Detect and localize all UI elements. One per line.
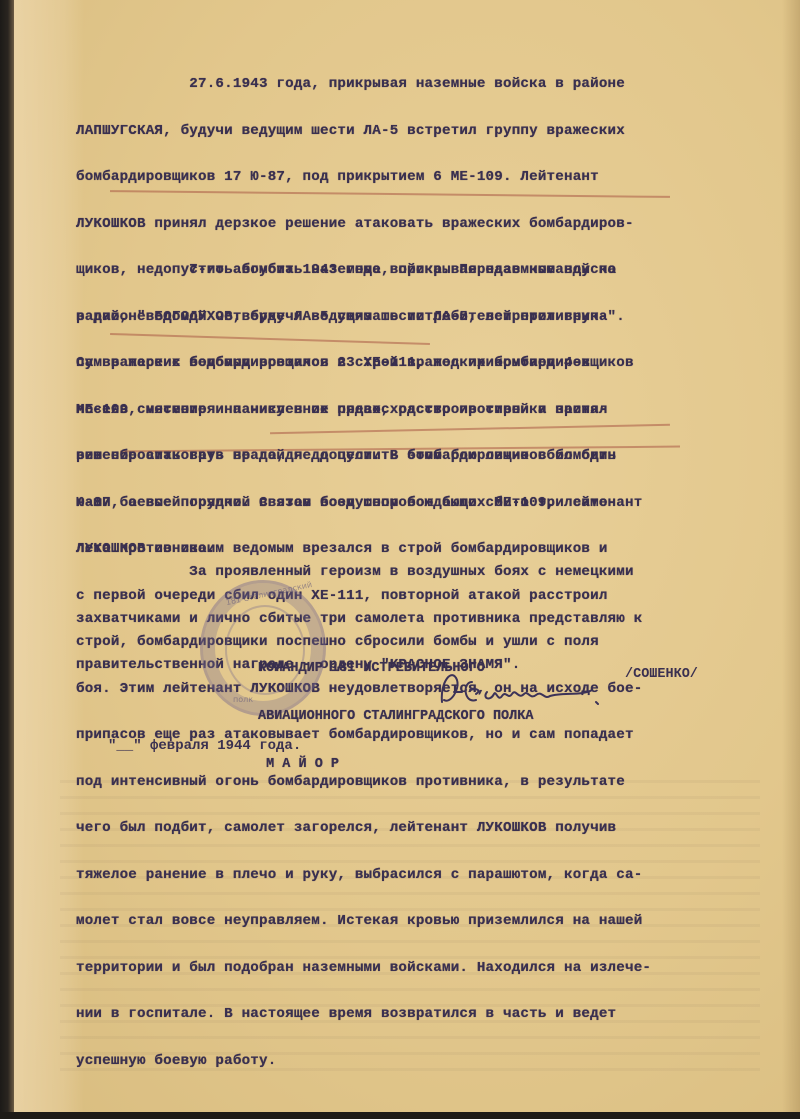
scan-left-edge — [0, 0, 14, 1119]
signatory-surname: /СОШЕНКО/ — [625, 667, 698, 682]
text-line: 27.6.1943 года, прикрывая наземные войск… — [76, 77, 766, 93]
text-line: успешную боевую работу. — [76, 1054, 766, 1070]
scan-bottom-edge — [0, 1112, 800, 1119]
scan-right-edge — [782, 0, 800, 1119]
seal-text-bottom: полк — [233, 695, 253, 704]
text-line: в районе БОГОДУХОВ, будучи ведущим шести… — [76, 310, 766, 326]
text-line: ЛАПШУГСКАЯ, будучи ведущим шести ЛА-5 вс… — [76, 124, 766, 140]
text-line: чего был подбит, самолет загорелся, лейт… — [76, 821, 766, 837]
text-line: тяжелое ранение в плечо и руку, выбрасил… — [76, 868, 766, 884]
handwritten-signature — [432, 662, 622, 712]
text-line: наши боевые порядки. Связав боем сопрово… — [76, 496, 766, 512]
text-line: 7-го августа 1943 года, прикрывая наземн… — [76, 263, 766, 279]
text-line: пу вражеских бомбардировщиков 23 ХЕ-111,… — [76, 356, 766, 372]
text-line: захватчиками и лично сбитые три самолета… — [76, 612, 766, 628]
signatory-rank: М А Й О Р — [258, 757, 533, 773]
text-line: бомбардировщиков 17 Ю-87, под прикрытием… — [76, 170, 766, 186]
text-line: нии в госпитале. В настоящее время возвр… — [76, 1007, 766, 1023]
text-line: МЕ-109, несмотря на численное превосходс… — [76, 403, 766, 419]
text-line: ЛУКОШКОВ принял дерзкое решение атаковат… — [76, 217, 766, 233]
text-line: территории и был подобран наземными войс… — [76, 961, 766, 977]
document-date: "__" февраля 1944 года. — [108, 738, 301, 754]
text-line: молет стал вовсе неуправляем. Истекая кр… — [76, 914, 766, 930]
text-line: решение атаковать врага, не допустить бо… — [76, 449, 766, 465]
text-line: За проявленный героизм в воздушных боях … — [76, 565, 766, 581]
